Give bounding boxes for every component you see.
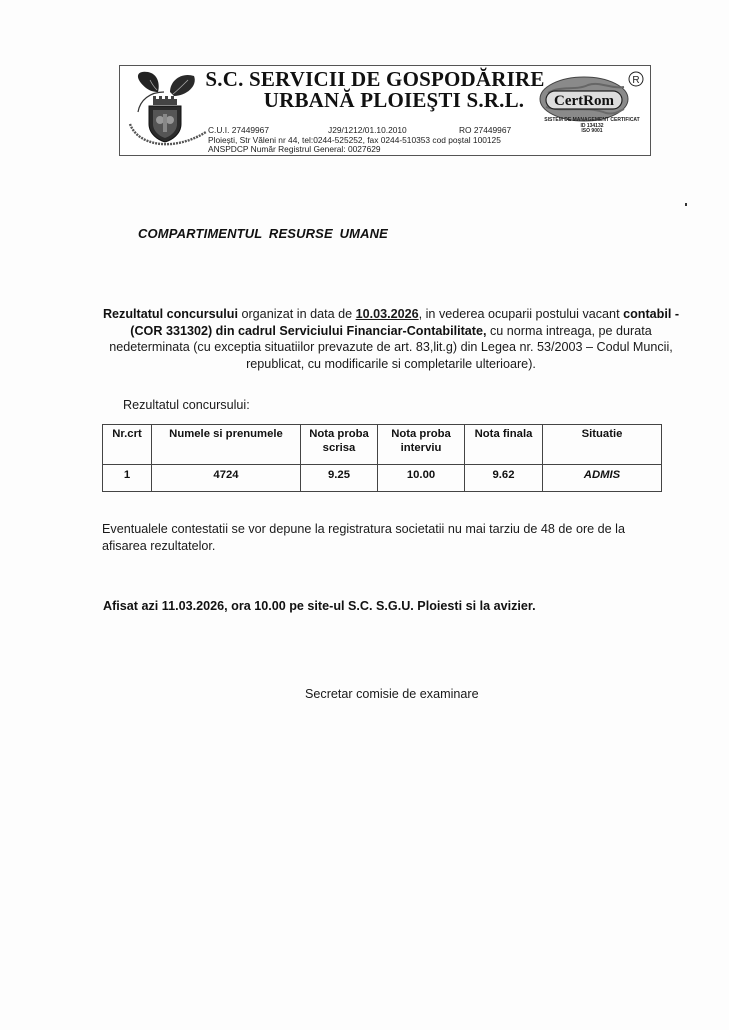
cell-final-score: 9.62: [465, 465, 543, 492]
cell-nr: 1: [103, 465, 152, 492]
intro-text-1: organizat in data de: [238, 307, 356, 321]
svg-text:CertRom: CertRom: [554, 93, 614, 109]
letterhead: S.C. SERVICII DE GOSPODĂRIRE URBANĂ PLOI…: [119, 65, 651, 156]
results-table: Nr.crt Numele si prenumele Nota proba sc…: [102, 424, 662, 492]
certrom-logo-icon: CertRom R: [536, 69, 648, 124]
certification-standard: ISO 9001: [530, 129, 654, 135]
header-name: Numele si prenumele: [152, 425, 301, 465]
signature-line: Secretar comisie de examinare: [305, 687, 479, 701]
anspdcp-number: ANSPDCP Număr Registrul General: 0027629: [208, 145, 381, 155]
header-interview-score: Nota proba interviu: [378, 425, 465, 465]
cell-written-score: 9.25: [301, 465, 378, 492]
table-row: 1 4724 9.25 10.00 9.62 ADMIS: [103, 465, 662, 492]
svg-text:R: R: [632, 75, 639, 86]
posted-note: Afisat azi 11.03.2026, ora 10.00 pe site…: [103, 599, 536, 613]
header-written-score: Nota proba scrisa: [301, 425, 378, 465]
table-header-row: Nr.crt Numele si prenumele Nota proba sc…: [103, 425, 662, 465]
certification-text: SISTEM DE MANAGEMENT CERTIFICAT ID 13413…: [530, 118, 654, 135]
scan-speck: [685, 203, 687, 206]
header-status: Situatie: [543, 425, 662, 465]
intro-bold-lead: Rezultatul concursului: [103, 307, 238, 321]
intro-paragraph: Rezultatul concursului organizat in data…: [98, 306, 684, 372]
header-final-score: Nota finala: [465, 425, 543, 465]
contestation-note: Eventualele contestatii se vor depune la…: [102, 521, 672, 554]
city-crest-icon: [124, 66, 212, 154]
company-name-line1: S.C. SERVICII DE GOSPODĂRIRE: [205, 69, 545, 90]
contest-date: 10.03.2026: [356, 307, 419, 321]
company-name: S.C. SERVICII DE GOSPODĂRIRE URBANĂ PLOI…: [205, 69, 545, 111]
intro-text-2: , in vederea ocuparii postului vacant: [419, 307, 623, 321]
cell-name: 4724: [152, 465, 301, 492]
results-label: Rezultatul concursului:: [123, 398, 250, 412]
cell-status: ADMIS: [543, 465, 662, 492]
cell-interview-score: 10.00: [378, 465, 465, 492]
department-title: COMPARTIMENTUL RESURSE UMANE: [138, 226, 388, 241]
header-nr: Nr.crt: [103, 425, 152, 465]
company-name-line2: URBANĂ PLOIEŞTI S.R.L.: [205, 90, 545, 111]
